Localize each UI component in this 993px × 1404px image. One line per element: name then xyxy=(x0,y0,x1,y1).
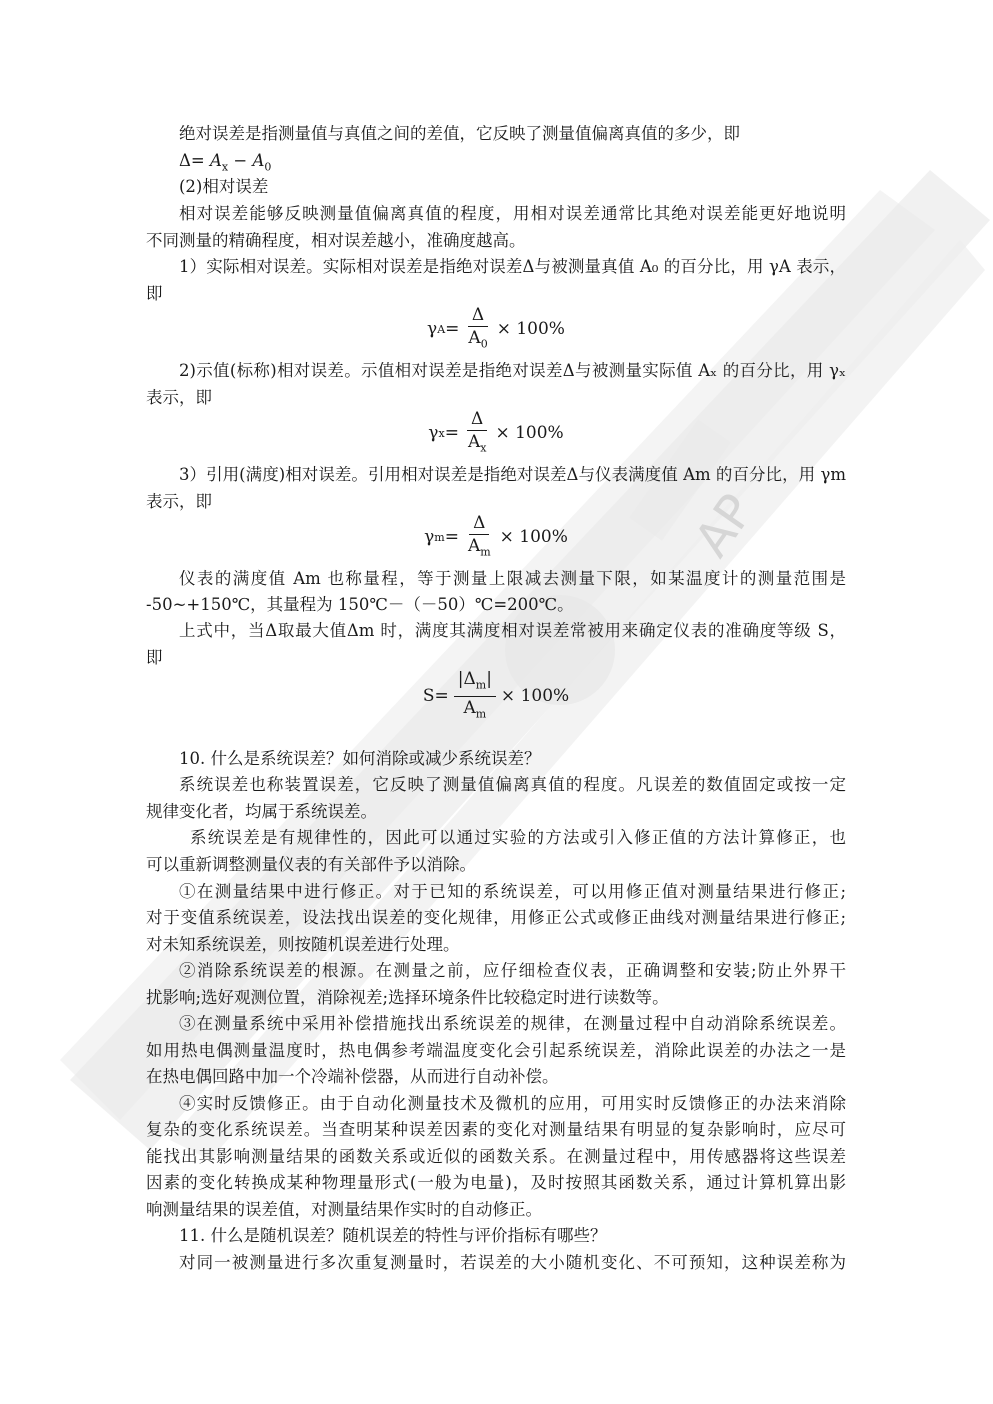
equation-gamma-m: γm = Δ Am × 100% xyxy=(146,513,846,562)
method-4-line: ④实时反馈修正。由于自动化测量技术及微机的应用，可用实时反馈修正的办法来消除 xyxy=(179,1090,846,1117)
paragraph-line: 1）实际相对误差。实际相对误差是指绝对误差Δ与被测量真值 A₀ 的百分比，用 γ… xyxy=(179,253,846,280)
equation-accuracy-class: S = |Δm| Am × 100% xyxy=(146,669,846,725)
method-2-line: ②消除系统误差的根源。在测量之前，应仔细检查仪表，正确调整和安装;防止外界干 xyxy=(179,957,846,984)
paragraph-line: 2)示值(标称)相对误差。示值相对误差是指绝对误差Δ与被测量实际值 Aₓ 的百分… xyxy=(179,357,846,384)
fraction: |Δm| Am xyxy=(454,669,496,725)
question-11-title: 11. 什么是随机误差？随机误差的特性与评价指标有哪些？ xyxy=(179,1222,607,1249)
method-1-line: 对于变值系统误差，设法找出误差的变化规律，用修正公式或修正曲线对测量结果进行修正… xyxy=(146,904,846,931)
fraction: Δ Am xyxy=(464,513,495,562)
method-3-line: ③在测量系统中采用补偿措施找出系统误差的规律，在测量过程中自动消除系统误差。 xyxy=(179,1010,846,1037)
paragraph-line: 系统误差也称装置误差，它反映了测量值偏离真值的程度。凡误差的数值固定或按一定 xyxy=(179,771,846,798)
paragraph-line: 相对误差能够反映测量值偏离真值的程度，用相对误差通常比其绝对误差能更好地说明 xyxy=(179,200,846,227)
method-2-line: 扰影响;选好观测位置，消除视差;选择环境条件比较稳定时进行读数等。 xyxy=(146,984,669,1011)
method-4-line: 复杂的变化系统误差。当查明某种误差因素的变化对测量结果有明显的复杂影响时，应尽可 xyxy=(146,1116,846,1143)
paragraph-line: 不同测量的精确程度，相对误差越小，准确度越高。 xyxy=(146,227,526,254)
method-3-line: 如用热电偶测量温度时，热电偶参考端温度变化会引起系统误差，消除此误差的办法之一是 xyxy=(146,1037,846,1064)
paragraph-line: 对同一被测量进行多次重复测量时，若误差的大小随机变化、不可预知，这种误差称为 xyxy=(179,1249,846,1276)
question-10-title: 10. 什么是系统误差？如何消除或减少系统误差？ xyxy=(179,745,541,772)
method-1-line: ①在测量结果中进行修正。对于已知的系统误差，可以用修正值对测量结果进行修正; xyxy=(179,878,846,905)
paragraph-line: 即 xyxy=(146,644,163,671)
paragraph-line: 规律变化者，均属于系统误差。 xyxy=(146,798,377,825)
paragraph-line: 表示，即 xyxy=(146,384,212,411)
paragraph-line: -50~+150℃，其量程为 150℃－（－50）℃=200℃。 xyxy=(146,591,574,618)
method-4-line: 因素的变化转换成某种物理量形式(一般为电量)，及时按照其函数关系，通过计算机算出… xyxy=(146,1169,846,1196)
paragraph-line: 绝对误差是指测量值与真值之间的差值，它反映了测量值偏离真值的多少，即 xyxy=(179,120,740,147)
paragraph-line: 3）引用(满度)相对误差。引用相对误差是指绝对误差Δ与仪表满度值 Am 的百分比… xyxy=(179,461,846,488)
method-1-line: 对未知系统误差，则按随机误差进行处理。 xyxy=(146,931,460,958)
paragraph-line: 即 xyxy=(146,280,163,307)
paragraph-line: 仪表的满度值 Am 也称量程，等于测量上限减去测量下限，如某温度计的测量范围是 xyxy=(179,565,846,592)
subheading-relative-error: (2)相对误差 xyxy=(179,173,268,200)
method-4-line: 响测量结果的误差值，对测量结果作实时的自动修正。 xyxy=(146,1196,542,1223)
equation-gamma-x: γx = Δ Ax × 100% xyxy=(146,409,846,458)
paragraph-line: 可以重新调整测量仪表的有关部件予以消除。 xyxy=(146,851,476,878)
fraction: Δ Ax xyxy=(464,409,491,458)
equation-gamma-a: γA = Δ A0 × 100% xyxy=(146,305,846,354)
method-4-line: 能找出其影响测量结果的函数关系或近似的函数关系。在测量过程中，用传感器将这些误差 xyxy=(146,1143,846,1170)
fraction: Δ A0 xyxy=(464,305,491,354)
method-3-line: 在热电偶回路中加一个冷端补偿器，从而进行自动补偿。 xyxy=(146,1063,559,1090)
paragraph-line: 表示，即 xyxy=(146,488,212,515)
paragraph-line: 上式中，当Δ取最大值Δm 时，满度其满度相对误差常被用来确定仪表的准确度等级 S… xyxy=(179,617,846,644)
paragraph-line: 系统误差是有规律性的，因此可以通过实验的方法或引入修正值的方法计算修正，也 xyxy=(190,824,846,851)
